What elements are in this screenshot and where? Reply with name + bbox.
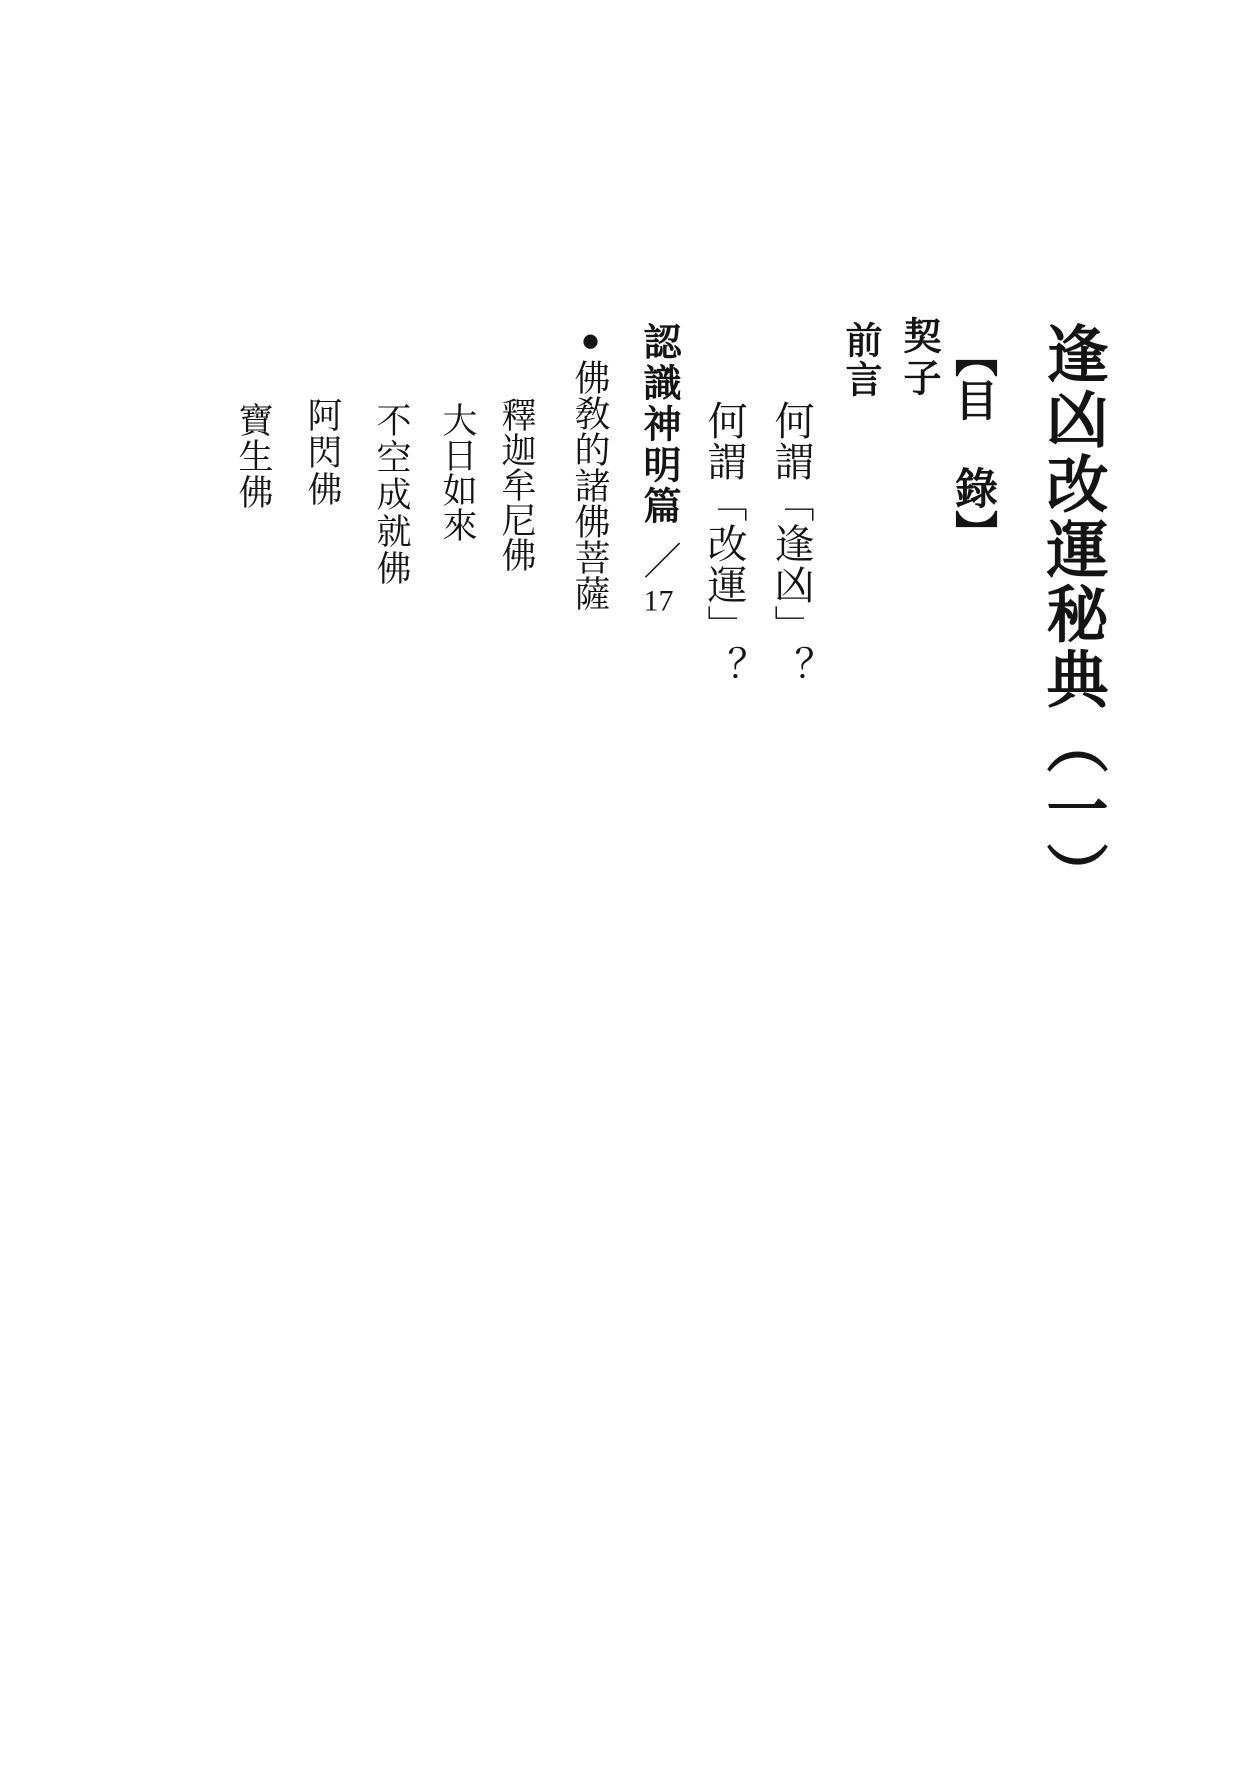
toc-entry-ratnasambhava-buddha: 寶生佛 bbox=[236, 402, 271, 510]
page-separator: ／ bbox=[637, 541, 679, 582]
book-title: 逢凶改運秘典（一） bbox=[1040, 322, 1102, 907]
scanned-book-toc-page: 逢凶改運秘典（一） 【目 錄】 契子 前言 何謂「逢凶」？ 何謂「改運」？ 認識… bbox=[0, 0, 1249, 1766]
section-label: 認識神明篇 bbox=[637, 322, 679, 527]
toc-entry-mahavairocana: 大日如來 bbox=[440, 402, 475, 542]
subsection-label: 佛敎的諸佛菩薩 bbox=[570, 359, 610, 611]
toc-entry-what-is-misfortune: 何謂「逢凶」？ bbox=[771, 400, 811, 687]
toc-entry-what-is-luck-change: 何謂「改運」？ bbox=[704, 400, 744, 687]
toc-heading: 【目 錄】 bbox=[951, 334, 994, 554]
toc-section-knowing-deities: 認識神明篇／17 bbox=[639, 322, 677, 616]
page-number: 17 bbox=[642, 586, 675, 616]
toc-entry-amoghasiddhi-buddha: 不空成就佛 bbox=[374, 402, 409, 587]
toc-entry-shakyamuni-buddha: 釋迦牟尼佛 bbox=[499, 397, 534, 572]
toc-entry-akshobhya-buddha: 阿閃佛 bbox=[305, 397, 340, 508]
bullet-icon: ● bbox=[572, 322, 609, 359]
toc-subsection-buddhist-buddhas: ●佛敎的諸佛菩薩 bbox=[572, 322, 608, 611]
toc-entry-foreword: 前言 bbox=[841, 321, 878, 399]
toc-entry-prologue: 契子 bbox=[899, 316, 937, 400]
